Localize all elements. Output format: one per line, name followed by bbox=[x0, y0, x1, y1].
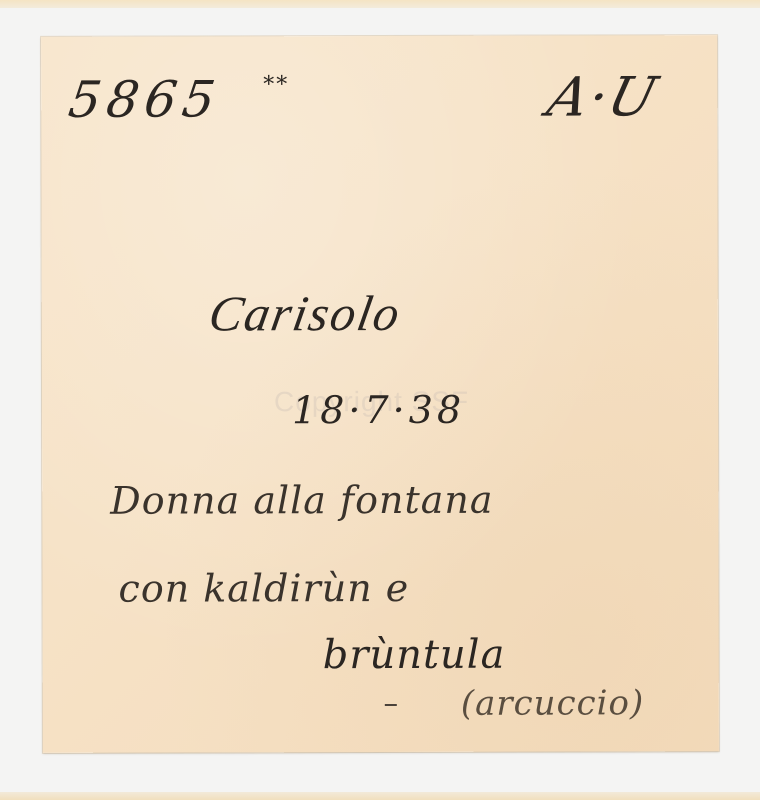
author-initials: A·U bbox=[541, 65, 664, 128]
catalog-number: 5865 bbox=[65, 70, 224, 128]
underline-mark bbox=[385, 704, 397, 706]
description-line-2: con kaldirùn e bbox=[118, 566, 409, 611]
date: 18·7·38 bbox=[292, 388, 465, 432]
place-name: Carisolo bbox=[205, 284, 406, 343]
handwritten-label-card: 5865 ** A·U Carisolo Copyright SSF 18·7·… bbox=[41, 35, 719, 753]
description-line-1: Donna alla fontana bbox=[110, 478, 493, 523]
description-line-3: brùntula bbox=[323, 632, 506, 678]
parenthetical-note: (arcuccio) bbox=[461, 683, 645, 723]
catalog-star-marks: ** bbox=[263, 72, 289, 97]
bottom-strip bbox=[0, 792, 760, 800]
top-strip bbox=[0, 0, 760, 8]
